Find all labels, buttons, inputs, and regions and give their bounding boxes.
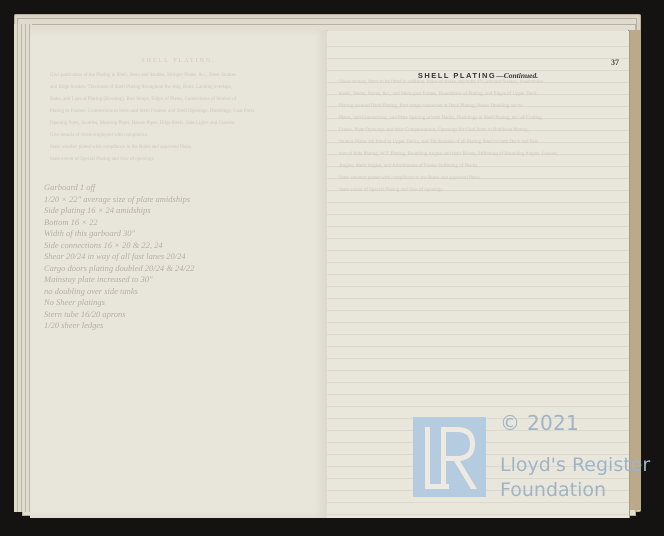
- handwritten-line: Side plating 16 × 24 amidships: [44, 205, 194, 217]
- handwritten-line: 1/20 sheer ledges: [44, 320, 194, 332]
- handwritten-line: Cargo doors plating doubled 20/24 & 24/2…: [44, 263, 194, 275]
- copyright-text: © 2021: [500, 411, 579, 435]
- handwritten-line: Width of this garboard 30": [44, 228, 194, 240]
- handwritten-line: No Sheer platings: [44, 297, 194, 309]
- right-page-printed-text: Sheer strakes, Stern to be fitted in add…: [339, 77, 619, 197]
- page-number: 37: [611, 58, 619, 67]
- handwritten-line: Garboard 1 off: [44, 182, 194, 194]
- handwritten-line: 1/20 × 22" average size of plate amidshi…: [44, 194, 194, 206]
- handwritten-line: Bottom 16 × 22: [44, 217, 194, 229]
- left-page-printed-text: Give particulars of the Plating in Shell…: [50, 70, 318, 166]
- handwritten-notes: Garboard 1 off 1/20 × 22" average size o…: [44, 182, 194, 332]
- handwritten-line: Shear 20/24 in way of all fast lanes 20/…: [44, 251, 194, 263]
- handwritten-line: Stern tube 16/20 aprons: [44, 309, 194, 321]
- handwritten-line: no doubling over side tanks: [44, 286, 194, 298]
- organization-name: Lloyd's Register Foundation: [500, 453, 650, 503]
- left-page: SHELL PLATING. Give particulars of the P…: [30, 30, 328, 518]
- handwritten-line: Side connections 16 × 20 & 22, 24: [44, 240, 194, 252]
- handwritten-line: Mainstay plate increased to 30": [44, 274, 194, 286]
- lr-logo-icon: [413, 417, 486, 497]
- left-page-ghost-title: SHELL PLATING.: [30, 58, 327, 64]
